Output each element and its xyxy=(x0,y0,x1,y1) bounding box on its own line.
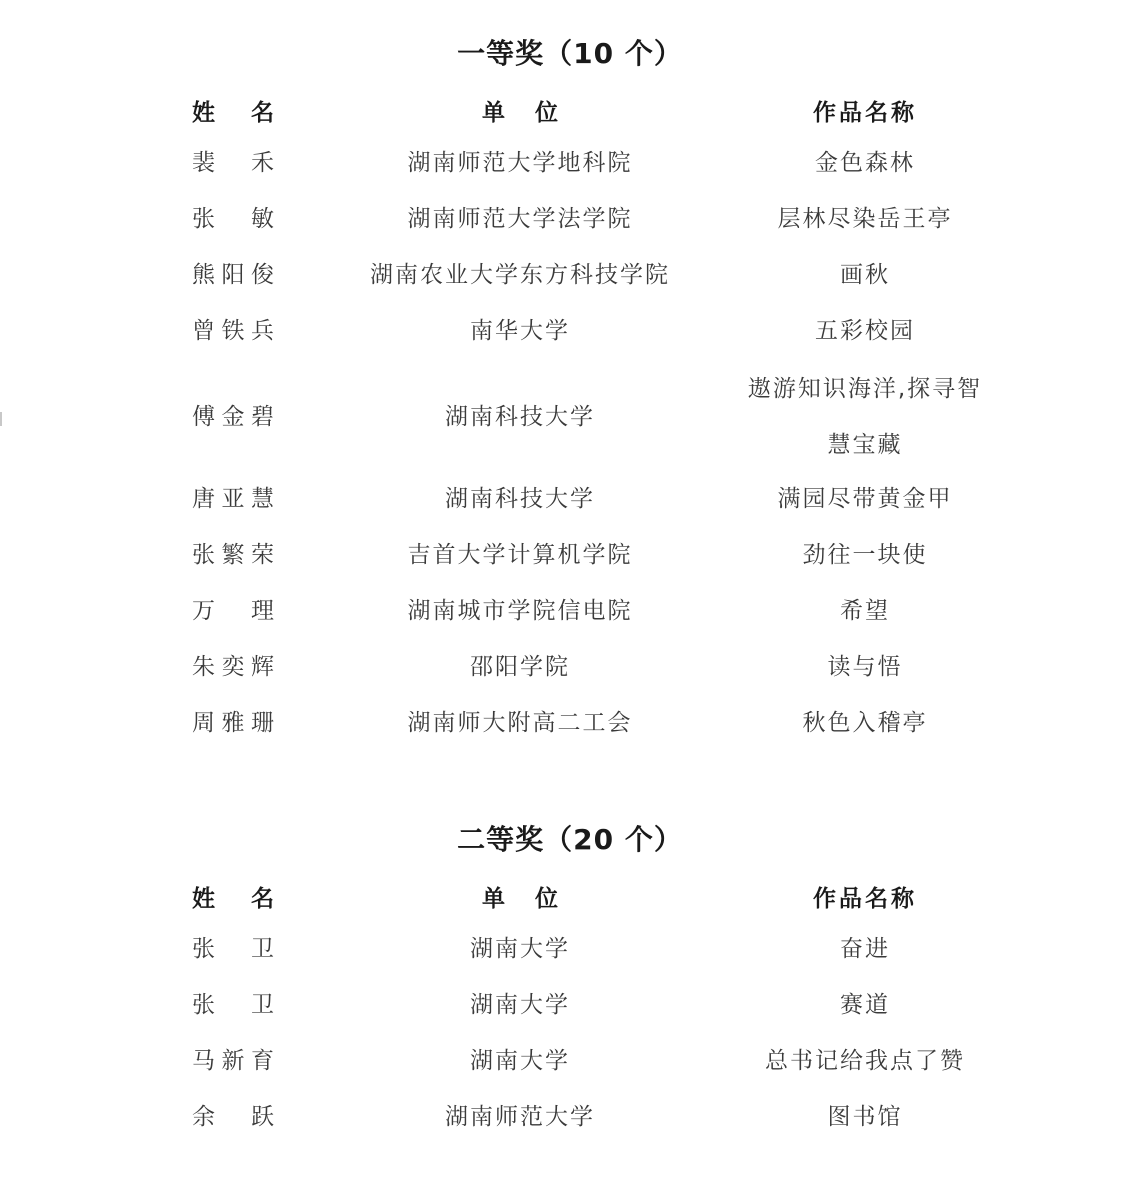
cell-work: 总书记给我点了赞 xyxy=(720,1042,1010,1075)
cell-work: 奋进 xyxy=(720,930,1010,963)
cell-unit: 湖南师范大学 xyxy=(340,1098,700,1131)
cell-unit: 吉首大学计算机学院 xyxy=(340,536,700,569)
header-name: 姓 名 xyxy=(192,880,274,913)
table-row: 熊阳俊 湖南农业大学东方科技学院 画秋 xyxy=(0,256,1140,296)
cell-work: 秋色入稽亭 xyxy=(720,704,1010,737)
cell-name: 朱奕辉 xyxy=(192,648,274,681)
header-unit: 单位 xyxy=(340,880,700,913)
cell-name: 马新育 xyxy=(192,1042,274,1075)
cell-name: 曾铁兵 xyxy=(192,312,274,345)
cell-unit: 湖南科技大学 xyxy=(340,398,700,431)
table-row: 余 跃 湖南师范大学 图书馆 xyxy=(0,1098,1140,1138)
cell-unit: 湖南大学 xyxy=(340,1042,700,1075)
table-row: 曾铁兵 南华大学 五彩校园 xyxy=(0,312,1140,352)
table-row: 张 卫 湖南大学 赛道 xyxy=(0,986,1140,1026)
cell-work: 读与悟 xyxy=(720,648,1010,681)
cell-name: 张繁荣 xyxy=(192,536,274,569)
cell-name: 唐亚慧 xyxy=(192,480,274,513)
cell-unit: 湖南农业大学东方科技学院 xyxy=(340,256,700,289)
cell-name: 张 敏 xyxy=(192,200,274,233)
table-row: 傅金碧 湖南科技大学 遨游知识海洋,探寻智 慧宝藏 xyxy=(0,368,1140,468)
cell-name: 张 卫 xyxy=(192,986,274,1019)
cell-work: 五彩校园 xyxy=(720,312,1010,345)
table-header: 姓 名 单位 作品名称 xyxy=(0,880,1140,920)
section-title-first-prize: 一等奖（10 个） xyxy=(0,32,1140,72)
header-unit: 单位 xyxy=(340,94,700,127)
cell-unit: 南华大学 xyxy=(340,312,700,345)
cell-work: 画秋 xyxy=(720,256,1010,289)
cell-work: 希望 xyxy=(720,592,1010,625)
cell-name: 余 跃 xyxy=(192,1098,274,1131)
table-row: 周雅珊 湖南师大附高二工会 秋色入稽亭 xyxy=(0,704,1140,744)
cell-work: 图书馆 xyxy=(720,1098,1010,1131)
cell-name: 傅金碧 xyxy=(192,398,274,431)
cell-name: 周雅珊 xyxy=(192,704,274,737)
cell-work-line2: 慧宝藏 xyxy=(720,426,1010,459)
table-row: 裴 禾 湖南师范大学地科院 金色森林 xyxy=(0,144,1140,184)
table-row: 张 卫 湖南大学 奋进 xyxy=(0,930,1140,970)
cell-work-line1: 遨游知识海洋,探寻智 xyxy=(720,370,1010,403)
cell-work: 满园尽带黄金甲 xyxy=(720,480,1010,513)
cell-name: 熊阳俊 xyxy=(192,256,274,289)
cell-work: 层林尽染岳王亭 xyxy=(720,200,1010,233)
cell-unit: 湖南大学 xyxy=(340,986,700,1019)
table-row: 朱奕辉 邵阳学院 读与悟 xyxy=(0,648,1140,688)
cell-name: 裴 禾 xyxy=(192,144,274,177)
cell-unit: 湖南城市学院信电院 xyxy=(340,592,700,625)
cell-unit: 湖南科技大学 xyxy=(340,480,700,513)
cell-name: 张 卫 xyxy=(192,930,274,963)
header-work: 作品名称 xyxy=(720,94,1010,127)
cell-work: 劲往一块使 xyxy=(720,536,1010,569)
cell-name: 万 理 xyxy=(192,592,274,625)
cell-unit: 湖南大学 xyxy=(340,930,700,963)
cell-work: 赛道 xyxy=(720,986,1010,1019)
table-row: 马新育 湖南大学 总书记给我点了赞 xyxy=(0,1042,1140,1082)
table-header: 姓 名 单位 作品名称 xyxy=(0,94,1140,134)
table-row: 张 敏 湖南师范大学法学院 层林尽染岳王亭 xyxy=(0,200,1140,240)
cell-unit: 湖南师范大学法学院 xyxy=(340,200,700,233)
header-name: 姓 名 xyxy=(192,94,274,127)
cell-unit: 湖南师大附高二工会 xyxy=(340,704,700,737)
cell-unit: 湖南师范大学地科院 xyxy=(340,144,700,177)
table-row: 万 理 湖南城市学院信电院 希望 xyxy=(0,592,1140,632)
table-row: 张繁荣 吉首大学计算机学院 劲往一块使 xyxy=(0,536,1140,576)
cell-work: 金色森林 xyxy=(720,144,1010,177)
table-row: 唐亚慧 湖南科技大学 满园尽带黄金甲 xyxy=(0,480,1140,520)
section-title-second-prize: 二等奖（20 个） xyxy=(0,818,1140,858)
cell-unit: 邵阳学院 xyxy=(340,648,700,681)
header-work: 作品名称 xyxy=(720,880,1010,913)
